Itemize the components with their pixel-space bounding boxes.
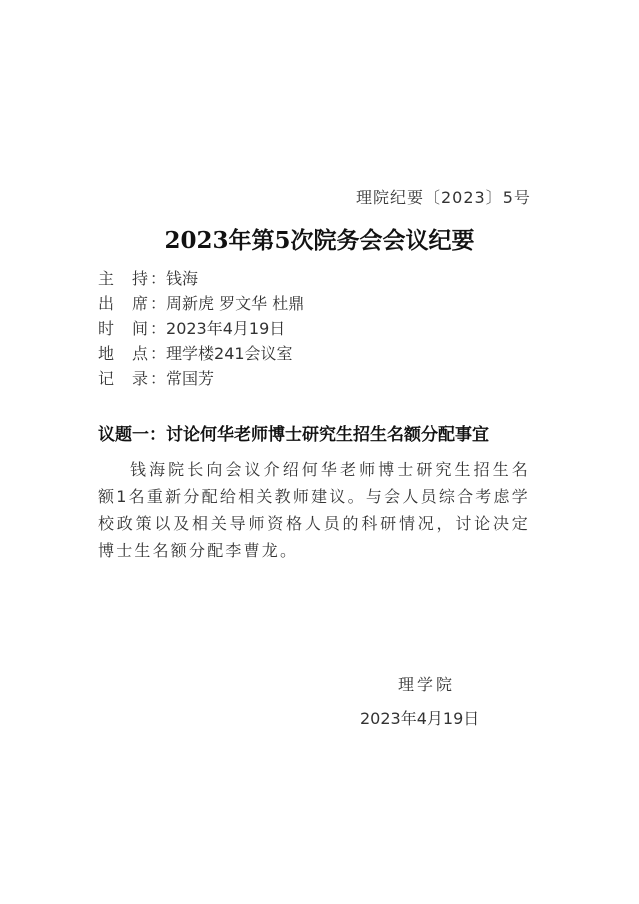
meta-value: 常国芳: [166, 366, 214, 391]
meta-row-recorder: 记录：常国芳: [98, 366, 304, 391]
section-body: 钱海院长向会议介绍何华老师博士研究生招生名额1名重新分配给相关教师建议。与会人员…: [98, 456, 530, 564]
meta-value: 钱海: [166, 266, 198, 291]
meta-colon: ：: [150, 294, 166, 313]
meta-colon: ：: [150, 344, 166, 363]
signature-date: 2023年4月19日: [360, 706, 479, 729]
section-heading: 议题一：讨论何华老师博士研究生招生名额分配事宜: [98, 420, 489, 445]
meta-row-attendees: 出席：周新虎 罗文华 杜鼎: [98, 291, 304, 316]
meta-colon: ：: [150, 369, 166, 388]
meta-colon: ：: [150, 319, 166, 338]
meta-label: 主持: [98, 266, 150, 291]
meta-colon: ：: [150, 269, 166, 288]
meta-value: 理学楼241会议室: [166, 341, 293, 366]
document-number: 理院纪要〔2023〕5号: [356, 185, 531, 208]
meta-row-host: 主持：钱海: [98, 266, 304, 291]
meeting-info: 主持：钱海 出席：周新虎 罗文华 杜鼎 时间：2023年4月19日 地点：理学楼…: [98, 266, 304, 391]
meta-value: 周新虎 罗文华 杜鼎: [166, 291, 304, 316]
signature-organization: 理学院: [398, 672, 455, 695]
meta-label: 记录: [98, 366, 150, 391]
meta-label: 时间: [98, 316, 150, 341]
meta-value: 2023年4月19日: [166, 316, 285, 341]
meta-row-location: 地点：理学楼241会议室: [98, 341, 304, 366]
meta-row-time: 时间：2023年4月19日: [98, 316, 304, 341]
meta-label: 出席: [98, 291, 150, 316]
document-title: 2023年第5次院务会会议纪要: [0, 222, 639, 255]
meta-label: 地点: [98, 341, 150, 366]
